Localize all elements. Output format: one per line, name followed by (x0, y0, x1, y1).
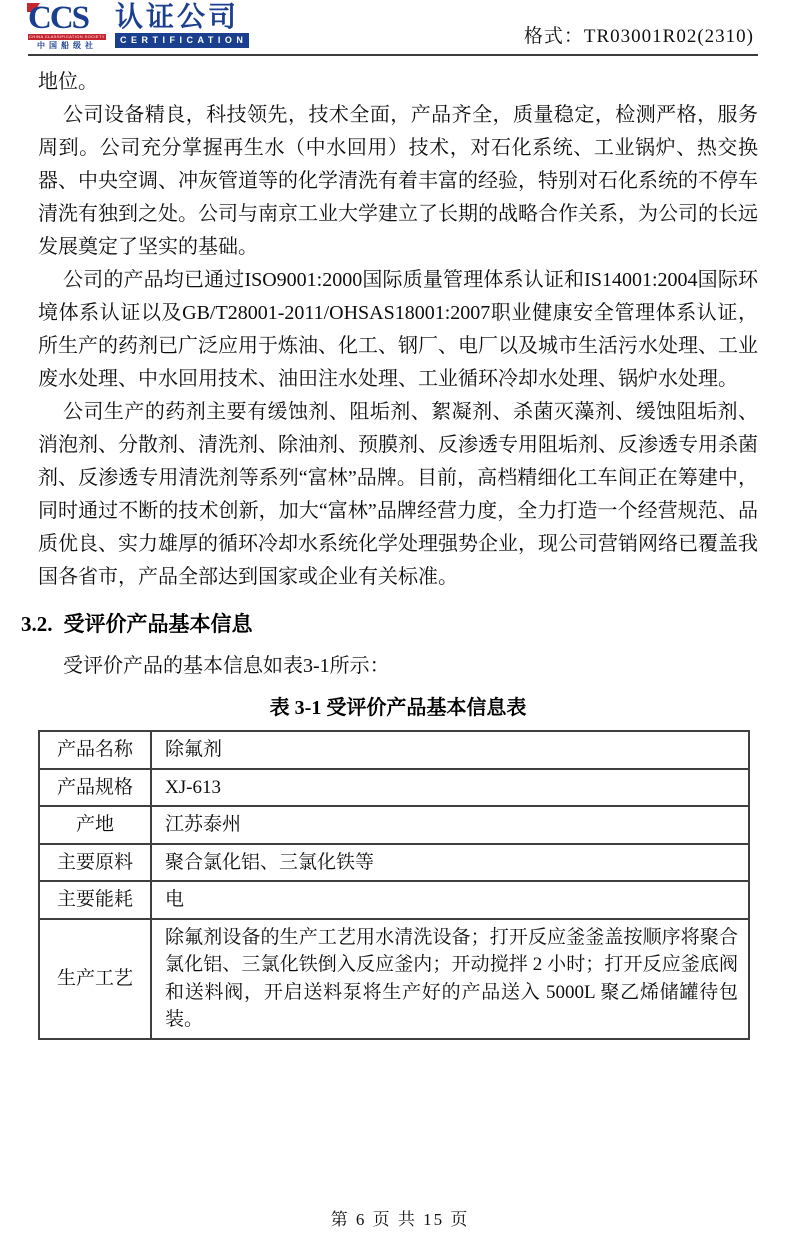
row-value: 除氟剂 (151, 731, 749, 769)
ccs-logo-mark: CCS CHINA CLASSIFICATION SOCIETY 中国船级社 (28, 3, 108, 50)
row-value: XJ-613 (151, 769, 749, 807)
document-body: 地位。 公司设备精良，科技领先，技术全面，产品齐全，质量稳定，检测严格，服务周到… (38, 66, 758, 1040)
ccs-logo: CCS CHINA CLASSIFICATION SOCIETY 中国船级社 认… (28, 3, 249, 50)
row-value: 聚合氯化铝、三氯化铁等 (151, 844, 749, 882)
row-label: 产地 (39, 806, 151, 844)
paragraph-continuation: 地位。 (38, 66, 758, 99)
brand-name-chinese: 认证公司 (115, 3, 249, 32)
header-divider (28, 54, 758, 56)
row-label: 产品名称 (39, 731, 151, 769)
document-page: CCS CHINA CLASSIFICATION SOCIETY 中国船级社 认… (0, 0, 800, 1253)
page-footer: 第 6 页 共 15 页 (0, 1205, 800, 1230)
paragraph-product-brands: 公司生产的药剂主要有缓蚀剂、阻垢剂、絮凝剂、杀菌灭藻剂、缓蚀阻垢剂、消泡剂、分散… (38, 396, 758, 594)
table-row-energy: 主要能耗 电 (39, 881, 749, 919)
section-number: 3.2. (21, 612, 53, 636)
ccs-logo-text: CCS (28, 3, 108, 33)
brand-name-english: CERTIFICATION (115, 33, 249, 48)
ccs-brand-block: 认证公司 CERTIFICATION (115, 3, 249, 48)
row-label: 产品规格 (39, 769, 151, 807)
ccs-society-name: 中国船级社 (28, 41, 106, 50)
table-row-product-name: 产品名称 除氟剂 (39, 731, 749, 769)
section-title: 受评价产品基本信息 (64, 612, 253, 636)
table-intro-text: 受评价产品的基本信息如表3-1所示： (38, 650, 758, 683)
table-caption: 表 3-1 受评价产品基本信息表 (38, 692, 758, 725)
section-heading: 3.2.受评价产品基本信息 (21, 609, 758, 639)
format-label: 格式：TR03001R02(2310) (524, 21, 754, 48)
row-value: 电 (151, 881, 749, 919)
product-info-table: 产品名称 除氟剂 产品规格 XJ-613 产地 江苏泰州 主要原料 聚合氯化铝、… (38, 730, 750, 1040)
page-number: 第 6 页 共 15 页 (331, 1210, 470, 1229)
row-value: 江苏泰州 (151, 806, 749, 844)
paragraph-certifications: 公司的产品均已通过ISO9001:2000国际质量管理体系认证和IS14001:… (38, 264, 758, 396)
table-row-product-spec: 产品规格 XJ-613 (39, 769, 749, 807)
table-row-raw-materials: 主要原料 聚合氯化铝、三氯化铁等 (39, 844, 749, 882)
row-label: 主要能耗 (39, 881, 151, 919)
row-value: 除氟剂设备的生产工艺用水清洗设备；打开反应釜釜盖按顺序将聚合氯化铝、三氯化铁倒入… (151, 919, 749, 1039)
row-label: 生产工艺 (39, 919, 151, 1039)
paragraph-company-profile: 公司设备精良，科技领先，技术全面，产品齐全，质量稳定，检测严格，服务周到。公司充… (38, 99, 758, 264)
row-label: 主要原料 (39, 844, 151, 882)
table-row-process: 生产工艺 除氟剂设备的生产工艺用水清洗设备；打开反应釜釜盖按顺序将聚合氯化铝、三… (39, 919, 749, 1039)
table-row-origin: 产地 江苏泰州 (39, 806, 749, 844)
